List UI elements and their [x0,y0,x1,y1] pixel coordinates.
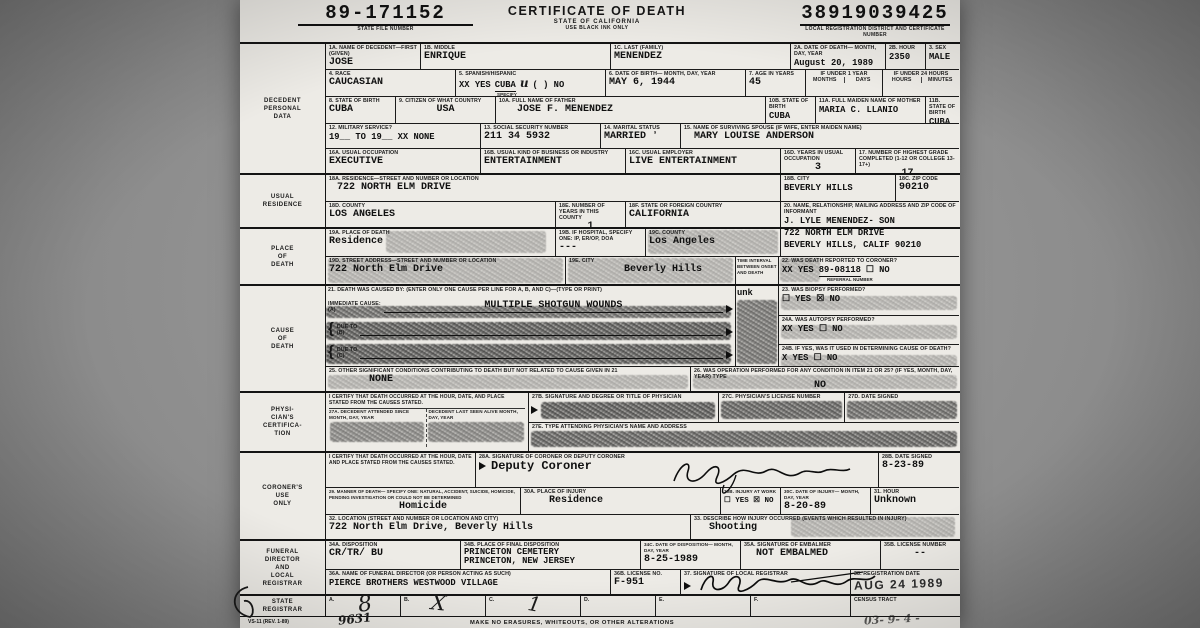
smudge [531,431,957,447]
value: CALIFORNIA [629,209,777,221]
field-usual-occupation: 16A. USUAL OCCUPATION EXECUTIVE [326,148,481,173]
field-marital-status: 14. MARITAL STATUS MARRIED ʼ [601,123,681,148]
field-name-first: 1A. NAME OF DECEDENT—FIRST (GIVEN) JOSE [326,44,421,69]
brace-glyph: { [328,322,334,336]
state-registrar-col-b: B. X [401,596,486,616]
value: XX YES ☐ NO [782,323,956,335]
field-autopsy: 24A. WAS AUTOPSY PERFORMED? XX YES ☐ NO [779,315,959,344]
field-years-in-occupation: 16D. YEARS IN USUAL OCCUPATION 3 [781,148,856,173]
field-name-last: 1C. LAST (FAMILY) MENENDEZ [611,44,791,69]
value: MARIA C. LLANIO [819,104,922,116]
smudge [541,402,715,419]
field-physician-signature: 27B. SIGNATURE AND DEGREE OR TITLE OF PH… [529,393,719,422]
value: X YES ☐ NO [782,352,956,364]
coroner-signature [666,455,856,499]
handwritten-entry-c: 1 [526,591,543,617]
field-death-street-address: 19D. STREET ADDRESS—STREET AND NUMBER OR… [326,256,566,284]
field-place-of-final-disposition: 34B. PLACE OF FINAL DISPOSITION PRINCETO… [461,541,641,569]
label: 1A. NAME OF DECEDENT—FIRST (GIVEN) [329,45,417,57]
value: 8-20-89 [784,501,867,513]
field-surviving-spouse: 15. NAME OF SURVIVING SPOUSE (IF WIFE, E… [681,123,959,148]
value: 722 North Elm Drive, Beverly Hills [329,522,687,534]
ink-note: USE BLACK INK ONLY [492,25,702,31]
field-father-name: 10A. FULL NAME OF FATHER JOSE F. MENENDE… [496,96,766,123]
handwritten-note-left: 9631 [337,610,372,627]
immediate-cause-value: MULTIPLE SHOTGUN WOUNDS [384,300,723,313]
local-registration-block: 38919039425 LOCAL REGISTRATION DISTRICT … [800,3,950,38]
field-embalmer-signature: 35A. SIGNATURE OF EMBALMER NOT EMBALMED [741,541,881,569]
value: CR/TR/ BU [329,548,457,560]
field-mother-maiden-name: 11A. FULL MAIDEN NAME OF MOTHER MARIA C.… [816,96,926,123]
field-sex: 3. SEX MALE [926,44,959,69]
value: Unknown [874,495,956,507]
value: -- [884,548,956,560]
label: 26. WAS OPERATION PERFORMED FOR ANY COND… [694,368,956,380]
field-citizen-of: 9. CITIZEN OF WHAT COUNTRY USA [396,96,496,123]
field-embalmer-license: 35B. LICENSE NUMBER -- [881,541,959,569]
certificate-header: 89-171152 STATE FILE NUMBER CERTIFICATE … [240,0,960,42]
value: PIERCE BROTHERS WESTWOOD VILLAGE [329,577,607,589]
smudge [721,401,842,419]
state-file-number-label: STATE FILE NUMBER [298,26,473,32]
referral-number: 89-08118 [819,264,861,277]
value: Beverly Hills [624,264,732,276]
section-coroner: CORONER'S USE ONLY I CERTIFY THAT DEATH … [240,451,960,539]
value: ENTERTAINMENT [484,156,622,168]
field-coroner-date-signed: 28B. DATE SIGNED 8-23-89 [879,453,959,487]
local-registration-number: 38919039425 [800,3,950,26]
value: ENRIQUE [424,51,607,63]
label: 2A. DATE OF DEATH— MONTH, DAY, YEAR [794,45,882,57]
field-injury-location: 32. LOCATION (STREET AND NUMBER OR LOCAT… [326,514,691,539]
field-death-county: 19C. COUNTY Los Angeles [646,229,781,256]
physician-certify-block: I CERTIFY THAT DEATH OCCURRED AT THE HOU… [326,393,529,451]
arrow-icon [479,462,486,470]
value: 1 [559,221,622,227]
field-usual-employer: 16C. USUAL EMPLOYER LIVE ENTERTAINMENT [626,148,781,173]
field-residence-county: 18D. COUNTY LOS ANGELES [326,201,556,227]
section-label-residence: USUAL RESIDENCE [240,175,325,227]
field-father-state-of-birth: 10B. STATE OF BIRTH CUBA [766,96,816,123]
label: 27A. DECEDENT ATTENDED SINCE MONTH, DAY,… [329,409,426,421]
field-military-service: 12. MILITARY SERVICE? 19__ TO 19__ XX NO… [326,123,481,148]
section-label-coroner: CORONER'S USE ONLY [240,453,325,539]
label: 10B. STATE OF BIRTH [769,98,812,110]
smudge [737,300,777,364]
brace-glyph: { [328,345,334,359]
field-attended-since: 27A. DECEDENT ATTENDED SINCE MONTH, DAY,… [329,409,427,447]
section-decedent-personal-data: DECEDENT PERSONAL DATA 1A. NAME OF DECED… [240,42,960,173]
field-date-of-disposition: 34C. DATE OF DISPOSITION— MONTH, DAY, YE… [641,541,741,569]
value: 19__ TO 19__ XX NONE [329,131,477,143]
certify-statement: I CERTIFY THAT DEATH OCCURRED AT THE HOU… [329,394,525,406]
cause-lines-block: 21. DEATH WAS CAUSED BY: (ENTER ONLY ONE… [326,286,736,366]
minutes-label: MINUTES [922,77,960,83]
section-usual-residence: USUAL RESIDENCE 18A. RESIDENCE—STREET AN… [240,173,960,227]
specify-value: CUBA [495,79,516,92]
field-if-hospital: 19B. IF HOSPITAL, SPECIFY ONE: IP, ER/OP… [556,229,646,256]
field-social-security-number: 13. SOCIAL SECURITY NUMBER 211 34 5932 [481,123,601,148]
value: Los Angeles [649,236,777,248]
arrow-icon [684,582,691,590]
value: 8-23-89 [882,460,956,472]
section-label-cause-of-death: CAUSE OF DEATH [240,286,325,391]
death-certificate-scan: 89-171152 STATE FILE NUMBER CERTIFICATE … [240,0,960,628]
field-mother-state-of-birth: 11B. STATE OF BIRTH CUBA [926,96,959,123]
line-c-label: (C) [337,353,358,359]
label: 34C. DATE OF DISPOSITION— MONTH, DAY, YE… [644,542,737,554]
field-spanish-hispanic: 5. SPANISH/HISPANIC XX YES CUBA u ( ) NO… [456,69,606,96]
section-label-place-of-death: PLACE OF DEATH [240,229,325,284]
value: NOT EMBALMED [756,548,877,560]
field-death-city: 19E. CITY Beverly Hills [566,256,736,284]
value: NO [814,380,956,391]
field-education: 17. NUMBER OF HIGHEST GRADE COMPLETED (1… [856,148,959,173]
smudge [428,422,525,442]
section-physician-certification: PHYSI- CIAN'S CERTIFICA- TION I CERTIFY … [240,391,960,451]
field-kind-of-business: 16B. USUAL KIND OF BUSINESS OR INDUSTRY … [481,148,626,173]
days-label: DAYS [845,77,883,83]
value: CUBA [329,104,392,116]
handwritten-entry-b: X [430,590,447,615]
field-funeral-director-license: 36B. LICENSE NO. F-951 [611,569,681,594]
yes-mark: XX YES [459,79,491,91]
field-if-under-24-hours: IF UNDER 24 HOURS HOURS MINUTES [883,69,959,96]
value: Deputy Coroner [491,460,592,472]
value: JOSE [329,57,417,69]
field-attending-physician-name: 27E. TYPE ATTENDING PHYSICIAN'S NAME AND… [529,422,959,451]
referral-number-label: REFERRAL NUMBER [827,277,956,283]
label: TIME INTERVAL BETWEEN ONSET AND DEATH [737,258,777,276]
value: USA [399,104,492,116]
certificate-title-block: CERTIFICATE OF DEATH STATE OF CALIFORNIA… [492,4,702,31]
field-informant: 20. NAME, RELATIONSHIP, MAILING ADDRESS … [781,201,959,227]
field-state-or-foreign-country: 18F. STATE OR FOREIGN COUNTRY CALIFORNIA [626,201,781,227]
label: 27C. PHYSICIAN'S LICENSE NUMBER [722,394,841,400]
section-label-decedent: DECEDENT PERSONAL DATA [240,44,325,173]
value: 90210 [899,182,956,194]
value: MARRIED ʼ [604,131,677,143]
informant-street: 722 NORTH ELM DRIVE [784,227,956,239]
field-name-middle: 1B. MIDDLE ENRIQUE [421,44,611,69]
yes-mark: XX YES [782,264,814,276]
handwritten-mark: u [520,77,529,89]
state-file-number: 89-171152 [298,3,473,26]
label: 11B. STATE OF BIRTH [929,98,956,116]
value: Residence [329,236,552,248]
field-race: 4. RACE CAUCASIAN [326,69,456,96]
field-place-of-death: 19A. PLACE OF DEATH Residence [326,229,556,256]
label: 18E. NUMBER OF YEARS IN THIS COUNTY [559,203,622,221]
field-registration-date: 38. REGISTRATION DATE AUG 24 1989 [851,569,959,594]
section-label-physician: PHYSI- CIAN'S CERTIFICA- TION [240,393,325,451]
months-label: MONTHS [806,77,845,83]
value: MALE [929,51,956,63]
label: 27D. DATE SIGNED [848,394,956,400]
label: 20. NAME, RELATIONSHIP, MAILING ADDRESS … [784,203,956,215]
value: MAY 6, 1944 [609,77,742,89]
value: 722 North Elm Drive [329,264,562,276]
field-physician-date-signed: 27D. DATE SIGNED [845,393,959,422]
no-alterations-notice: MAKE NO ERASURES, WHITEOUTS, OR OTHER AL… [470,620,674,626]
arrow-icon [726,351,733,359]
value: 3 [784,162,852,173]
value: 45 [749,77,802,89]
value: LOS ANGELES [329,209,552,221]
field-years-in-county: 18E. NUMBER OF YEARS IN THIS COUNTY 1 [556,201,626,227]
local-registration-label: LOCAL REGISTRATION DISTRICT AND CERTIFIC… [800,26,950,38]
value: 211 34 5932 [484,131,597,143]
due-to-b-blank [360,323,723,336]
value: --- [559,242,642,254]
field-hour-of-death: 2B. HOUR 2350 [886,44,926,69]
value: CAUCASIAN [329,77,452,89]
value: Homicide [329,501,517,513]
arrow-icon [726,305,733,313]
field-last-seen-alive: DECEDENT LAST SEEN ALIVE MONTH, DAY, YEA… [427,409,526,447]
field-reported-to-coroner: 22. WAS DEATH REPORTED TO CORONER? XX YE… [779,256,959,284]
physician-signature-block: 27B. SIGNATURE AND DEGREE OR TITLE OF PH… [529,393,959,451]
field-hour-of-injury: 31. HOUR Unknown [871,487,959,514]
value: EXECUTIVE [329,156,477,168]
field-age: 7. AGE IN YEARS 45 [746,69,806,96]
field-zip-code: 18C. ZIP CODE 90210 [896,175,959,201]
value: F-951 [614,577,677,589]
field-how-injury-occurred: 33. DESCRIBE HOW INJURY OCCURRED (EVENTS… [691,514,959,539]
value: ☐ YES ☒ NO [782,293,956,305]
value: 17 [859,168,956,173]
label: DECEDENT LAST SEEN ALIVE MONTH, DAY, YEA… [429,409,526,421]
no-checkbox: ( ) NO [533,79,565,91]
state-registrar-col-d: D. [581,596,656,616]
no-checkbox: ☐ NO [866,264,890,276]
label: 27B. SIGNATURE AND DEGREE OR TITLE OF PH… [532,394,715,400]
value: 8-25-1989 [644,554,737,566]
field-coroner-signature: 28A. SIGNATURE OF CORONER OR DEPUTY CORO… [476,453,879,487]
specify-label: SPECIFY [497,92,602,96]
value: JOSE F. MENENDEZ [517,104,762,116]
arrow-icon [531,406,538,414]
value: August 20, 1989 [794,57,882,69]
section-funeral-director: FUNERAL DIRECTOR AND LOCAL REGISTRAR 34A… [240,539,960,594]
handwritten-note-right: 03- 9- 4 - [864,612,920,628]
smudge [847,401,957,419]
value-line2: PRINCETON, NEW JERSEY [464,557,637,566]
value: NONE [369,374,687,386]
informant-city: BEVERLY HILLS, CALIF 90210 [784,239,956,251]
field-date-of-death: 2A. DATE OF DEATH— MONTH, DAY, YEAR Augu… [791,44,886,69]
value: CUBA [769,110,812,122]
value: Shooting [709,522,956,534]
value: 722 NORTH ELM DRIVE [337,182,777,194]
certificate-form: DECEDENT PERSONAL DATA 1A. NAME OF DECED… [240,42,960,628]
arrow-icon [726,328,733,336]
state-registrar-col-c: C. 1 [486,596,581,616]
column-time-interval: TIME INTERVAL BETWEEN ONSET AND DEATH [736,256,779,284]
handwritten-curl-mark [228,583,258,623]
field-disposition: 34A. DISPOSITION CR/TR/ BU [326,541,461,569]
due-to-c-blank [360,346,723,359]
time-interval-column: unk [736,286,779,366]
field-date-of-birth: 6. DATE OF BIRTH— MONTH, DAY, YEAR MAY 6… [606,69,746,96]
autopsy-column: 23. WAS BIOPSY PERFORMED? ☐ YES ☒ NO 24A… [779,286,959,366]
certificate-title: CERTIFICATE OF DEATH [492,4,702,18]
value: MARY LOUISE ANDERSON [694,131,956,143]
label: 17. NUMBER OF HIGHEST GRADE COMPLETED (1… [859,150,956,168]
field-autopsy-used: 24B. IF YES, WAS IT USED IN DETERMINING … [779,344,959,366]
field-manner-of-death: 29. MANNER OF DEATH— SPECIFY ONE: NATURA… [326,487,521,514]
form-footer: VS-11 (REV. 1-89) 9631 MAKE NO ERASURES,… [240,616,960,628]
value: BEVERLY HILLS [784,182,892,194]
label: D. [584,597,652,603]
field-physician-license: 27C. PHYSICIAN'S LICENSE NUMBER [719,393,845,422]
value: LIVE ENTERTAINMENT [629,156,777,168]
value: 2350 [889,51,922,63]
field-biopsy: 23. WAS BIOPSY PERFORMED? ☐ YES ☒ NO [779,286,959,315]
label: 19B. IF HOSPITAL, SPECIFY ONE: IP, ER/OP… [559,230,642,242]
interval-value: unk [737,287,777,299]
field-other-conditions: 25. OTHER SIGNIFICANT CONDITIONS CONTRIB… [326,366,691,391]
field-residence-city: 18B. CITY BEVERLY HILLS [781,175,896,201]
smudge [330,422,424,442]
label: 27E. TYPE ATTENDING PHYSICIAN'S NAME AND… [532,424,956,430]
state-file-number-block: 89-171152 STATE FILE NUMBER [298,3,473,32]
value: CUBA [929,116,956,123]
label: 16D. YEARS IN USUAL OCCUPATION [784,150,852,162]
field-residence-street: 18A. RESIDENCE—STREET AND NUMBER OR LOCA… [326,175,781,201]
registration-date-stamp: AUG 24 1989 [854,575,956,593]
hours-label: HOURS [883,77,922,83]
section-cause-of-death: CAUSE OF DEATH 21. DEATH WAS CAUSED BY: … [240,284,960,391]
coroner-certify-block: I CERTIFY THAT DEATH OCCURRED AT THE HOU… [326,453,476,487]
field-if-under-1-year: IF UNDER 1 YEAR MONTHS DAYS [806,69,883,96]
value: MENENDEZ [614,51,787,63]
field-local-registrar-signature: 37. SIGNATURE OF LOCAL REGISTRAR [681,569,851,594]
label: 29. MANNER OF DEATH— SPECIFY ONE: NATURA… [329,489,517,501]
field-operation-performed: 26. WAS OPERATION PERFORMED FOR ANY COND… [691,366,959,391]
certify-statement: I CERTIFY THAT DEATH OCCURRED AT THE HOU… [329,454,472,466]
field-state-of-birth: 8. STATE OF BIRTH CUBA [326,96,396,123]
informant-name: J. LYLE MENENDEZ- SON [784,215,956,227]
